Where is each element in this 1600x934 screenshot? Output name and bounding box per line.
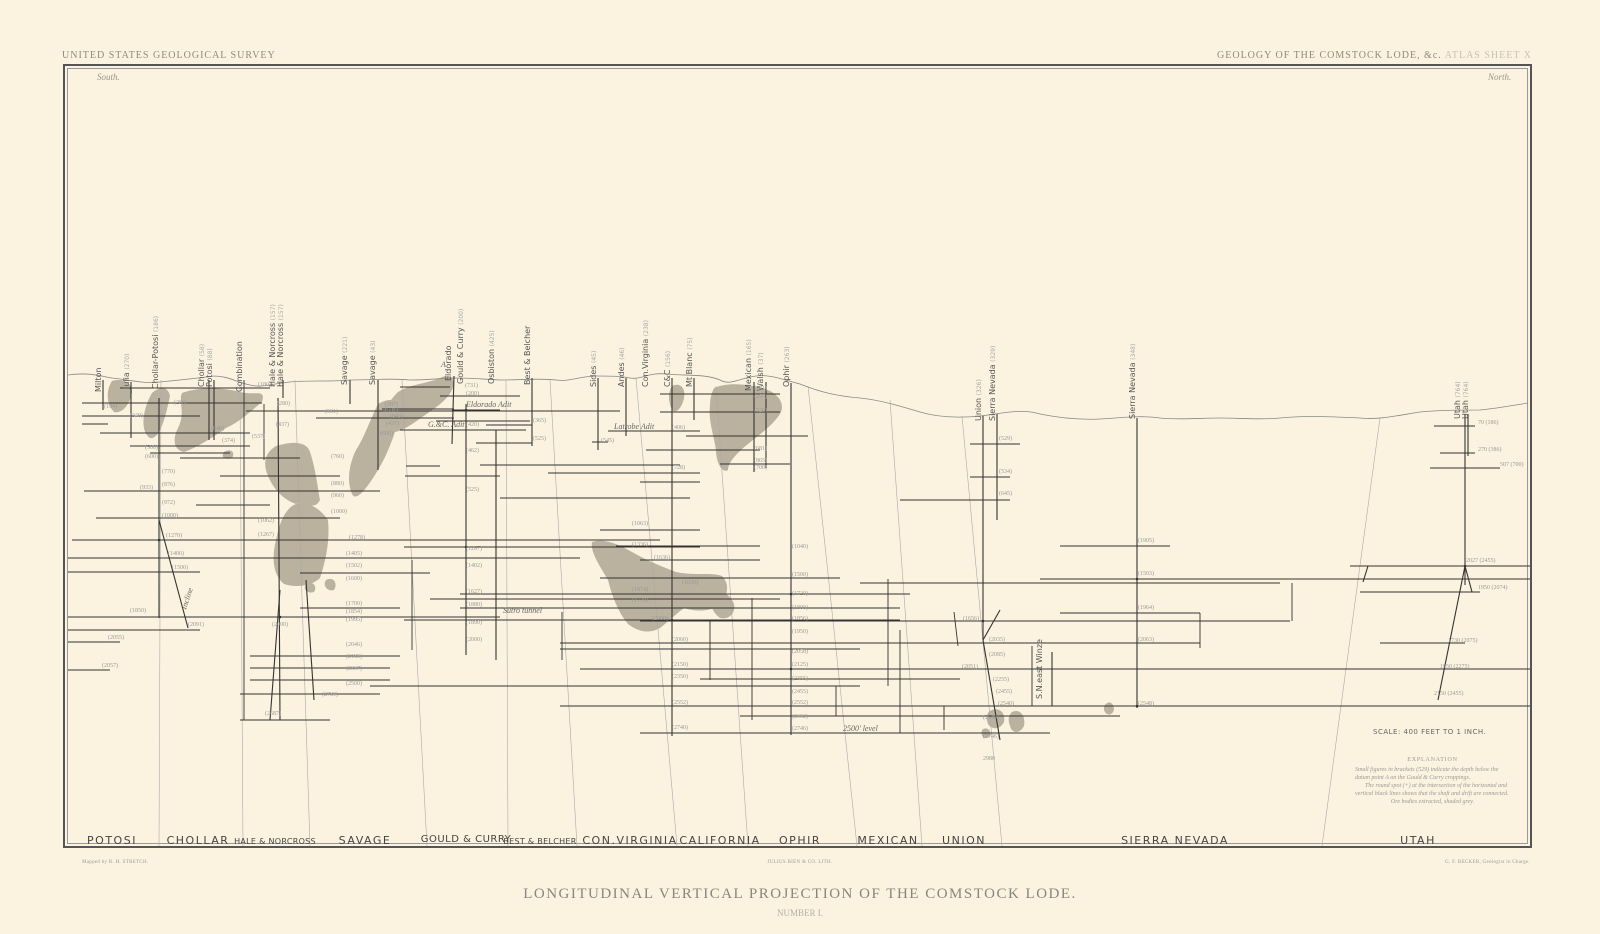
depth-label: (1905) — [1138, 538, 1154, 544]
depth-label: (500) — [145, 445, 158, 451]
claim-name: HALE & NORCROSS — [234, 837, 316, 846]
depth-label: (2060) — [672, 637, 688, 643]
depth-label: (1600) — [346, 576, 362, 582]
depth-label: (880) — [331, 481, 344, 487]
geologist-credit: G. F. BECKER, Geologist in Charge. — [1445, 860, 1530, 865]
depth-label: (2125) — [792, 662, 808, 668]
depth-label: (462) — [466, 448, 479, 454]
depth-label: (2085) — [989, 652, 1005, 658]
depth-label: (2063) — [1138, 637, 1154, 643]
depth-label: (365) — [533, 418, 546, 424]
depth-label: (2057) — [102, 663, 118, 669]
depth-label: (2540) — [983, 715, 999, 721]
map-annotation: Sutro tunnel — [503, 606, 542, 615]
depth-label: (2367) — [346, 666, 362, 672]
shaft-label: Union (326) — [974, 379, 983, 421]
depth-label: (437) — [276, 422, 289, 428]
depth-label: (2000) — [652, 616, 668, 622]
explanation-heading: EXPLANATION — [1355, 756, 1510, 764]
depth-label: (2035) — [989, 637, 1005, 643]
claim-name: CALIFORNIA — [679, 834, 760, 847]
map-annotation: Latrobe Adit — [614, 422, 654, 431]
depth-label: 270 (386) — [1478, 447, 1502, 453]
depth-label: (2046) — [346, 642, 362, 648]
shaft-label: Andes (46) — [617, 347, 626, 387]
shaft-label: Con.Virginia (238) — [641, 320, 650, 387]
depth-label: (374) — [222, 438, 235, 444]
depth-label: (1405) — [346, 551, 362, 557]
lithographer-credit: JULIUS BIEN & CO. LITH. — [768, 860, 833, 865]
depth-label: (960) — [331, 493, 344, 499]
depth-label: (200) — [466, 391, 479, 397]
depth-label: 1950 (2275) — [1440, 664, 1470, 670]
depth-label: (2051) — [962, 664, 978, 670]
depth-label: (681) — [754, 446, 767, 452]
depth-label: (600) — [380, 431, 393, 437]
depth-label: (1336) — [632, 542, 648, 548]
depth-label: (2091) — [188, 622, 204, 628]
depth-label: (537) — [252, 434, 265, 440]
depth-label: (261) — [754, 386, 767, 392]
depth-label: (1950) — [792, 629, 808, 635]
claim-name: SIERRA NEVADA — [1121, 834, 1229, 847]
depth-label: (2687) — [265, 711, 281, 717]
depth-label: 1730 (2075) — [1448, 638, 1478, 644]
depth-label: (420) — [466, 422, 479, 428]
shaft-label: Potosi (88) — [205, 348, 214, 387]
depth-label: (531) — [325, 409, 338, 415]
explanation-text-1: Small figures in brackets (529) indicate… — [1355, 766, 1510, 782]
depth-label: (1720) — [792, 591, 808, 597]
scale-note: SCALE: 400 FEET TO 1 INCH. — [1373, 728, 1486, 736]
depth-label: (1856) — [792, 616, 808, 622]
claim-name: POTOSI — [87, 834, 137, 847]
depth-label: (525) — [533, 436, 546, 442]
depth-label: 2027 (2455) — [1466, 558, 1496, 564]
shaft-label: Savage (43) — [368, 341, 377, 386]
depth-label: (2350) — [672, 674, 688, 680]
depth-label: (529) — [999, 436, 1012, 442]
depth-label: (1779) — [632, 598, 648, 604]
depth-label: (2552) — [672, 700, 688, 706]
depth-label: (194) — [104, 404, 117, 410]
depth-label: (1500) — [172, 565, 188, 571]
depth-label: (2746) — [792, 726, 808, 732]
depth-label: (2740) — [672, 725, 688, 731]
depth-label: (520) — [754, 408, 767, 414]
depth-label: 2980 — [983, 756, 995, 762]
depth-label: (2455) — [996, 689, 1012, 695]
winze-label: S.N.east Winze — [1035, 639, 1044, 699]
shaft-label: Ophir (263) — [782, 346, 791, 387]
claim-name: SAVAGE — [339, 834, 392, 847]
depth-label: (1267) — [258, 532, 274, 538]
depth-label: (1502) — [346, 563, 362, 569]
depth-label: (280) — [174, 400, 187, 406]
depth-label: (731) — [465, 383, 478, 389]
shaft-label: Savage (221) — [340, 337, 349, 385]
shaft-label: C&C (156) — [663, 351, 672, 387]
depth-label: (2548) — [1138, 701, 1154, 707]
depth-label: (534) — [999, 469, 1012, 475]
depth-label: (2185) — [346, 654, 362, 660]
depth-label: (1040) — [792, 544, 808, 550]
map-annotation: 2500' level — [843, 724, 878, 733]
map-annotation: Eldorado Adit — [466, 400, 511, 409]
claim-name: CON.VIRGINIA — [582, 834, 677, 847]
depth-label: (933) — [140, 485, 153, 491]
depth-label: (600) — [145, 454, 158, 460]
depth-label: (1890) — [466, 620, 482, 626]
depth-label: (1267) — [466, 546, 482, 552]
depth-label: (280) — [277, 401, 290, 407]
depth-label: (2789) — [322, 692, 338, 698]
depth-label: (2552) — [792, 700, 808, 706]
depth-label: (1800) — [792, 605, 808, 611]
depth-label: 70 (186) — [1478, 420, 1499, 426]
depth-label: (1278) — [349, 535, 365, 541]
depth-label: (1503) — [1138, 571, 1154, 577]
depth-label: (865) — [754, 458, 767, 464]
depth-label: (770) — [162, 469, 175, 475]
depth-label: (1636) — [654, 555, 670, 561]
shaft-label: Sides (45) — [589, 351, 598, 387]
depth-label: (1500) — [792, 572, 808, 578]
depth-label: (2455) — [792, 689, 808, 695]
depth-label: (728) — [672, 465, 685, 471]
depth-label: (1062) — [258, 518, 274, 524]
claim-boundaries — [159, 378, 1380, 846]
depth-label: (645) — [999, 491, 1012, 497]
depth-label: (2000) — [272, 622, 288, 628]
depth-label: (1270) — [166, 533, 182, 539]
shaft-label: Hale & Norcross (157) — [276, 304, 285, 387]
explanation-text-2: The round spot (+) at the intersection o… — [1355, 782, 1510, 798]
map-subtitle: NUMBER I. — [0, 908, 1600, 918]
shaft-label: Chollar-Potosi (186) — [151, 316, 160, 389]
depth-label: (1854) — [346, 609, 362, 615]
claim-name: BEST & BELCHER — [503, 837, 576, 846]
depth-label: (1700) — [346, 601, 362, 607]
depth-label: 507 (700) — [1500, 462, 1524, 468]
depth-label: 1950 (2074) — [1478, 585, 1508, 591]
shaft-label: Sierra Nevada (329) — [988, 346, 997, 421]
depth-label: (700) — [754, 465, 767, 471]
claim-name: UTAH — [1400, 834, 1436, 847]
depth-label: (406) — [672, 425, 685, 431]
shaft-label: Utah (764) — [1461, 381, 1470, 419]
depth-label: (2058) — [792, 649, 808, 655]
depth-label: (2000) — [466, 637, 482, 643]
depth-label: (2150) — [672, 662, 688, 668]
depth-label: (340) — [130, 413, 143, 419]
map-title: LONGITUDINAL VERTICAL PROJECTION OF THE … — [0, 886, 1600, 903]
shaft-label: Combination — [235, 341, 244, 392]
depth-label: (840) — [211, 426, 224, 432]
claim-name: CHOLLAR — [167, 834, 230, 847]
mapper-credit: Mapped by R. H. STRETCH. — [82, 860, 149, 865]
shaft-label: Sierra Nevada (348) — [1128, 344, 1137, 419]
depth-label: (1850) — [130, 608, 146, 614]
claim-name: UNION — [942, 834, 986, 847]
depth-label: (840) — [390, 414, 403, 420]
depth-label: (2055) — [108, 635, 124, 641]
explanation-legend: EXPLANATION Small figures in brackets (5… — [1355, 756, 1510, 806]
shaft-label: Mt Blanc (75) — [685, 337, 694, 387]
depth-label: (1000) — [162, 513, 178, 519]
shaft-label: Milton — [94, 368, 103, 392]
depth-label: (1063) — [632, 521, 648, 527]
depth-label: (525) — [466, 487, 479, 493]
shaft-label: Julia (270) — [122, 354, 131, 389]
map-annotation: A — [441, 360, 446, 369]
depth-label: (1000) — [331, 509, 347, 515]
map-annotation: G.&C. Adit — [428, 420, 465, 429]
depth-label: (2500) — [346, 681, 362, 687]
claim-name: MEXICAN — [857, 834, 918, 847]
depth-label: (2255) — [993, 677, 1009, 683]
depth-label: (1402) — [466, 563, 482, 569]
depth-label: (972) — [162, 500, 175, 506]
depth-label: (437) — [386, 421, 399, 427]
shaft-label: Mexican (165) — [744, 339, 753, 391]
depth-label: (1656) — [963, 616, 979, 622]
depth-label: (545) — [601, 438, 614, 444]
depth-label: (1874) — [632, 587, 648, 593]
depth-label: (2652) — [792, 714, 808, 720]
depth-label: (2746) — [983, 734, 999, 740]
depth-label: (876) — [162, 482, 175, 488]
depth-label: (1627) — [466, 589, 482, 595]
claim-name: OPHIR — [779, 834, 821, 847]
depth-label: (257) — [754, 394, 767, 400]
depth-label: (180) — [258, 382, 271, 388]
explanation-text-3: Ore bodies extracted, shaded grey. — [1355, 798, 1510, 806]
shaft-label: Gould & Curry (200) — [456, 309, 465, 384]
winzes — [244, 380, 1292, 733]
shaft-label: Best & Belcher — [523, 326, 532, 385]
depth-label: 2150 (2455) — [1434, 691, 1464, 697]
surface-profile — [68, 374, 1528, 420]
depth-label: (1880) — [466, 602, 482, 608]
claim-name: GOULD & CURRY — [421, 834, 512, 845]
depth-label: (760) — [331, 454, 344, 460]
depth-label: (1630) — [682, 580, 698, 586]
depth-label: (2355) — [792, 676, 808, 682]
shaft-label: Osbiston (425) — [487, 330, 496, 384]
depth-label: (1995) — [346, 617, 362, 623]
depth-label: (1964) — [1138, 605, 1154, 611]
depth-label: (2540) — [998, 701, 1014, 707]
depth-label: (1400) — [168, 551, 184, 557]
